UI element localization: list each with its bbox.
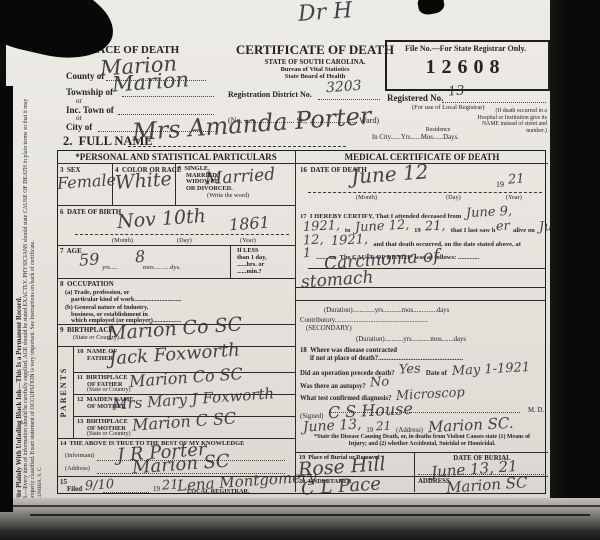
or-label-2: or [76,114,82,122]
age-less-1: If LESS [237,247,259,254]
certificate-title: CERTIFICATE OF DEATH [215,42,415,58]
top-annotation-handwriting: Dr H [297,0,353,27]
duration-line-1: (Duration).............yrs...........mos… [324,307,449,314]
filed-label: Filed [67,485,82,493]
filed-number: 15 [60,478,67,486]
residence-line: In City......Yrs......Mos......Days. [372,134,459,141]
signed-md: M. D. [528,407,544,414]
rule [230,245,231,278]
certify-hw-alive-year: 1921, [331,232,369,249]
dob-day-col: (Day) [177,237,192,244]
sex-value: Female [56,170,116,193]
informant-sub: (Informant) [65,452,94,459]
registered-value: 13 [447,83,465,99]
operation-value: Yes [399,361,422,377]
cause-of-death-line2: stomach [300,267,374,292]
contributory-label: Contributory............................… [300,317,428,324]
contributory-sub: (SECONDARY) [306,325,352,332]
signed-date-value: June 13, [303,416,362,435]
operation-date-label: Date of [426,370,447,377]
birthplace-label: 9 BIRTHPLACE [60,326,113,334]
margin-supply-note: N. B.—Every item of information should b… [23,95,37,507]
rule [296,300,546,301]
age-less-4: ......min.? [237,268,262,275]
dob-label: 6 DATE OF BIRTH [60,208,121,216]
registered-sub: (For use of Local Registrar) [412,104,485,111]
contracted-label-1: 18 Where was disease contracted [300,347,397,354]
certify-text-5: alive on [513,227,535,234]
informant-address-sub: (Address) [65,465,90,472]
scan-right-black-band [550,0,600,540]
inc-town-label: Inc. Town of [66,105,114,115]
rule [57,163,295,164]
medical-column: MEDICAL CERTIFICATE OF DEATH 16 DATE OF … [295,150,548,492]
occupation-a2: particular kind of work.................… [71,296,182,303]
dod-underline [308,182,542,193]
dob-year-col: (Year) [240,237,256,244]
rule [57,438,295,439]
age-number: 7 [60,247,64,255]
dod-year-prefix: 19 [496,180,504,189]
occupation-label-text: OCCUPATION [67,280,114,288]
filed-year-prefix: 19 [153,485,160,493]
rule [57,278,295,279]
informant-number: 14 [60,440,66,447]
certificate-board: State Board of Health [215,73,415,80]
occupation-a1: (a) Trade, profession, or [65,289,130,296]
operation-date-value: May 1-1921 [451,360,530,379]
filed-value: 9/10 [85,477,115,494]
father-number: 10 [77,348,84,355]
contracted-line1: Where was disease contracted [310,347,397,354]
county-label: County of [66,71,104,81]
duration-line-2: (Duration)...........yrs...........mos..… [356,336,466,343]
age-months-value: 8 [134,247,145,267]
certify-text-4: that I last saw h [451,227,496,234]
certify-hw-to-year: 21, [425,218,446,234]
registered-label: Registered No. [387,93,443,103]
residence-label: Residence [398,127,478,133]
scan-streak [30,514,590,516]
rule [57,245,295,246]
mother-bp-number: 13 [77,418,83,425]
certify-hw-hour: 1 [303,246,312,261]
rule [296,452,548,453]
personal-title: *PERSONAL AND STATISTICAL PARTICULARS [57,152,295,162]
footnote: *State the Disease Causing Death, or, in… [306,434,538,449]
full-name-number: 2. [63,134,72,148]
file-number: 12608 [386,56,545,79]
dob-number: 6 [60,208,64,216]
marital-number: 5 [178,165,181,172]
father-bp-number: 11 [77,374,83,381]
scan-streak [0,505,600,507]
dod-day-col: (Day) [446,194,461,201]
margin-imprint: COLUMBIA, S. C. [37,95,43,507]
dob-year-value: 1861 [228,213,270,235]
mother-bp-sub: (State or Country) [87,431,131,437]
certify-text-6: and that death occurred, on the date sta… [373,241,521,248]
margin-notes: Write Plainly With Unfading Black Ink—Th… [15,95,43,507]
contracted-number: 18 [300,347,307,354]
file-label: File No.—For State Registrar Only. [386,44,545,53]
occupation-number: 8 [60,280,64,288]
father-bp-sub: (State or Country) [87,387,131,393]
township-label: Township of [66,87,113,97]
marital-sub: (Write the word) [207,192,249,199]
age-less-2: than 1 day, [237,254,267,261]
dob-label-text: DATE OF BIRTH [67,208,121,216]
birthplace-number: 9 [60,326,64,334]
rule [414,452,415,492]
signed-address-label: (Address) [396,427,423,434]
certificate-bureau: Bureau of Vital Statistics [215,66,415,73]
dob-month-col: (Month) [112,237,133,244]
age-mos-label: mos..........dys. [143,264,181,271]
mother-bp-value: Marion C SC [131,408,236,434]
marital-value: Married [204,165,275,190]
contracted-label-2: if not at place of death?...............… [310,355,463,362]
scan-left-black-strip [0,86,13,512]
dod-year-value: 21 [507,171,525,187]
occupation-label: 8 OCCUPATION [60,280,114,288]
dod-month-col: (Month) [356,194,377,201]
age-yrs-label: yrs..... [102,264,118,271]
death-certificate-scan: Write Plainly With Unfading Black Ink—Th… [0,0,600,540]
age-years-value: 59 [78,249,100,269]
registered-note: (If death occurred in a Hospital or Inst… [477,108,547,135]
rule [57,205,295,206]
mother-number: 12 [77,396,83,403]
signed-year-prefix: 19 [366,427,373,434]
race-value: White [114,168,172,194]
dod-number: 16 [300,166,307,174]
signed-year-value: 21 [376,419,392,434]
certificate-state: STATE OF SOUTH CAROLINA. [215,58,415,66]
city-label: City of [66,122,92,132]
certify-text-3: 19 [414,227,421,234]
signed-address-value: Marion SC. [427,414,514,436]
dod-year-col: (Year) [506,194,522,201]
district-label: Registration District No. [228,90,312,99]
rule [73,346,74,438]
parents-label: PARENTS [59,347,68,437]
personal-column: *PERSONAL AND STATISTICAL PARTICULARS 3 … [57,150,295,492]
district-value: 3203 [325,78,362,96]
certify-hw-her: er [496,219,511,235]
or-label-1: or [76,97,82,105]
margin-ink-note: Write Plainly With Unfading Black Ink—Th… [15,95,23,507]
age-less-3: ......hrs. or [237,261,264,268]
